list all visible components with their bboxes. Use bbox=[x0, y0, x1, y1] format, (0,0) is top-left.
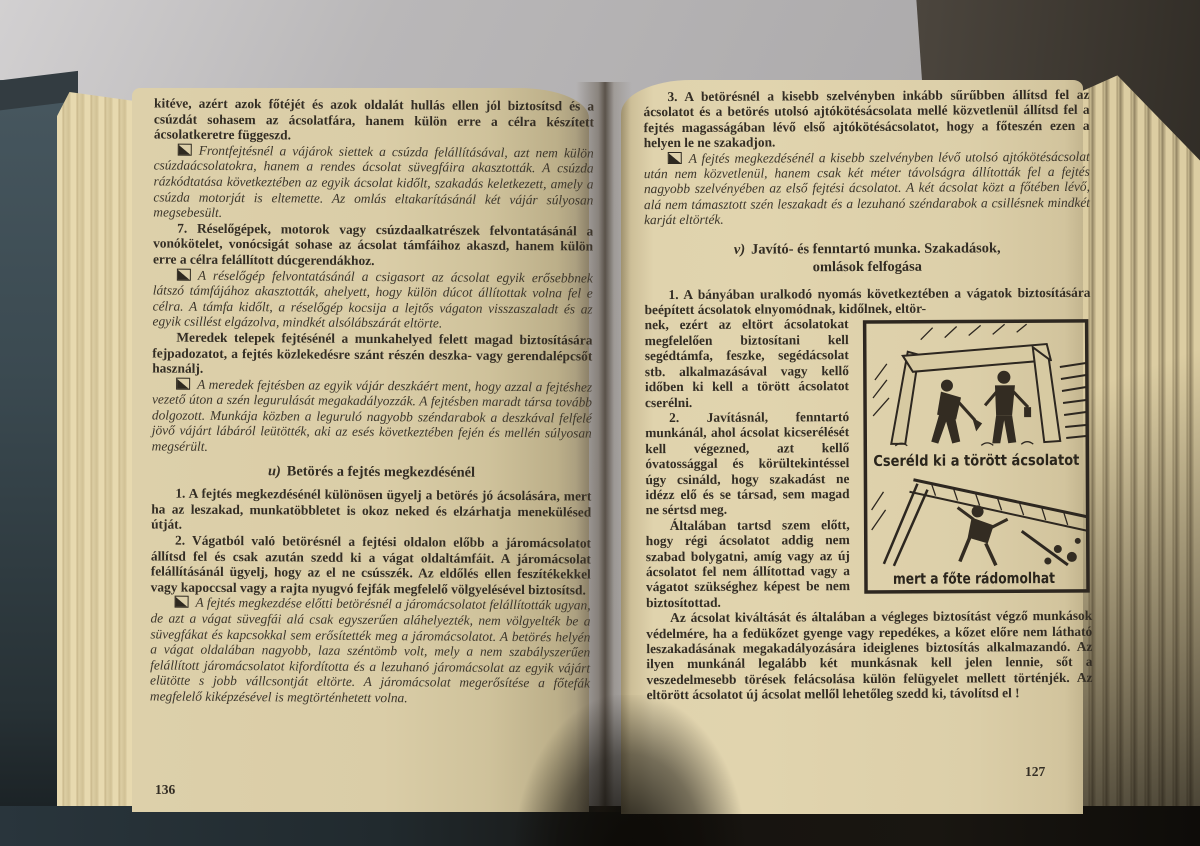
heading-letter: v) bbox=[734, 241, 745, 257]
paragraph-text: nek, ezért az eltört ácsolatokat megfele… bbox=[645, 317, 849, 410]
page-edges-left-stack bbox=[57, 92, 135, 846]
miner-figures-drawing bbox=[931, 371, 1031, 444]
figure-caption-top: Cseréld ki a törött ácsolatot bbox=[873, 451, 1079, 470]
heading-text-line2: omlások felfogása bbox=[813, 258, 922, 275]
book-gutter-bottom-shadow bbox=[515, 695, 745, 846]
heading-letter: u) bbox=[268, 463, 281, 479]
paragraph: Cseréld ki a törött ácsolatot bbox=[645, 315, 1091, 410]
hazard-flag-icon bbox=[178, 143, 192, 155]
case-text: A réselőgép felvontatásánál a csigasort … bbox=[153, 267, 593, 330]
case-text: A fejtés megkezdése előtti betörésnél a … bbox=[150, 595, 591, 705]
heading-text-line1: Javító- és fenntartó munka. Szakadások, bbox=[751, 240, 1001, 257]
paragraph: 3. A betörésnél a kisebb szelvényben ink… bbox=[643, 87, 1089, 151]
paragraph: 1. A fejtés megkezdésénél különösen ügye… bbox=[151, 486, 591, 536]
book-cover-left-edge bbox=[0, 80, 64, 846]
paragraph: 7. Réselőgépek, motorok vagy csúzdaalkat… bbox=[153, 220, 593, 270]
case-text: A fejtés megkezdésénél a kisebb szelvény… bbox=[644, 148, 1090, 227]
safety-poster-figure: Cseréld ki a törött ácsolatot bbox=[861, 317, 1092, 596]
figure-caption-bottom: mert a főte rádomolhat bbox=[893, 569, 1055, 588]
case-text: Frontfejtésnél a vájárok siettek a csúzd… bbox=[153, 143, 594, 221]
paragraph: Meredek telepek fejtésénél a munkahelyed… bbox=[152, 329, 592, 379]
case-paragraph: A fejtés megkezdésénél a kisebb szelvény… bbox=[644, 148, 1090, 227]
case-paragraph: A fejtés megkezdése előtti betörésnél a … bbox=[150, 595, 591, 707]
hazard-flag-icon bbox=[175, 596, 189, 608]
hazard-flag-icon bbox=[176, 377, 190, 389]
case-text: A meredek fejtésben az egyik vájár deszk… bbox=[152, 376, 593, 453]
miners-woodcut-illustration: Cseréld ki a törött ácsolatot bbox=[861, 317, 1092, 596]
hazard-flag-icon bbox=[177, 268, 191, 280]
falling-miner-drawing bbox=[958, 505, 1081, 566]
page-number-right: 127 bbox=[1025, 764, 1045, 780]
case-paragraph: A meredek fejtésben az egyik vájár deszk… bbox=[152, 376, 593, 457]
paragraph: Az ácsolat kiváltását és általában a vég… bbox=[646, 608, 1092, 703]
heading-text: Betörés a fejtés megkezdésénél bbox=[287, 463, 475, 480]
section-heading-v: v)Javító- és fenntartó munka. Szakadások… bbox=[644, 238, 1090, 276]
paragraph: 1. A bányában uralkodó nyomás következté… bbox=[644, 284, 1090, 317]
section-heading-u: u)Betörés a fejtés megkezdésénél bbox=[151, 463, 591, 482]
page-number-left: 136 bbox=[155, 782, 175, 798]
timber-frame-drawing bbox=[873, 324, 1088, 446]
case-paragraph: Frontfejtésnél a vájárok siettek a csúzd… bbox=[153, 142, 594, 223]
paragraph: kitéve, azért azok főtéjét és azok oldal… bbox=[154, 95, 594, 145]
right-page-text-column: 3. A betörésnél a kisebb szelvényben ink… bbox=[643, 87, 1092, 703]
page-edges-right-stack bbox=[1082, 58, 1200, 846]
left-page-text-column: kitéve, azért azok főtéjét és azok oldal… bbox=[150, 95, 594, 707]
paragraph: 2. Vágatból való betörésnél a fejtési ol… bbox=[151, 532, 591, 597]
case-paragraph: A réselőgép felvontatásánál a csigasort … bbox=[152, 267, 592, 332]
hazard-flag-icon bbox=[668, 152, 682, 164]
